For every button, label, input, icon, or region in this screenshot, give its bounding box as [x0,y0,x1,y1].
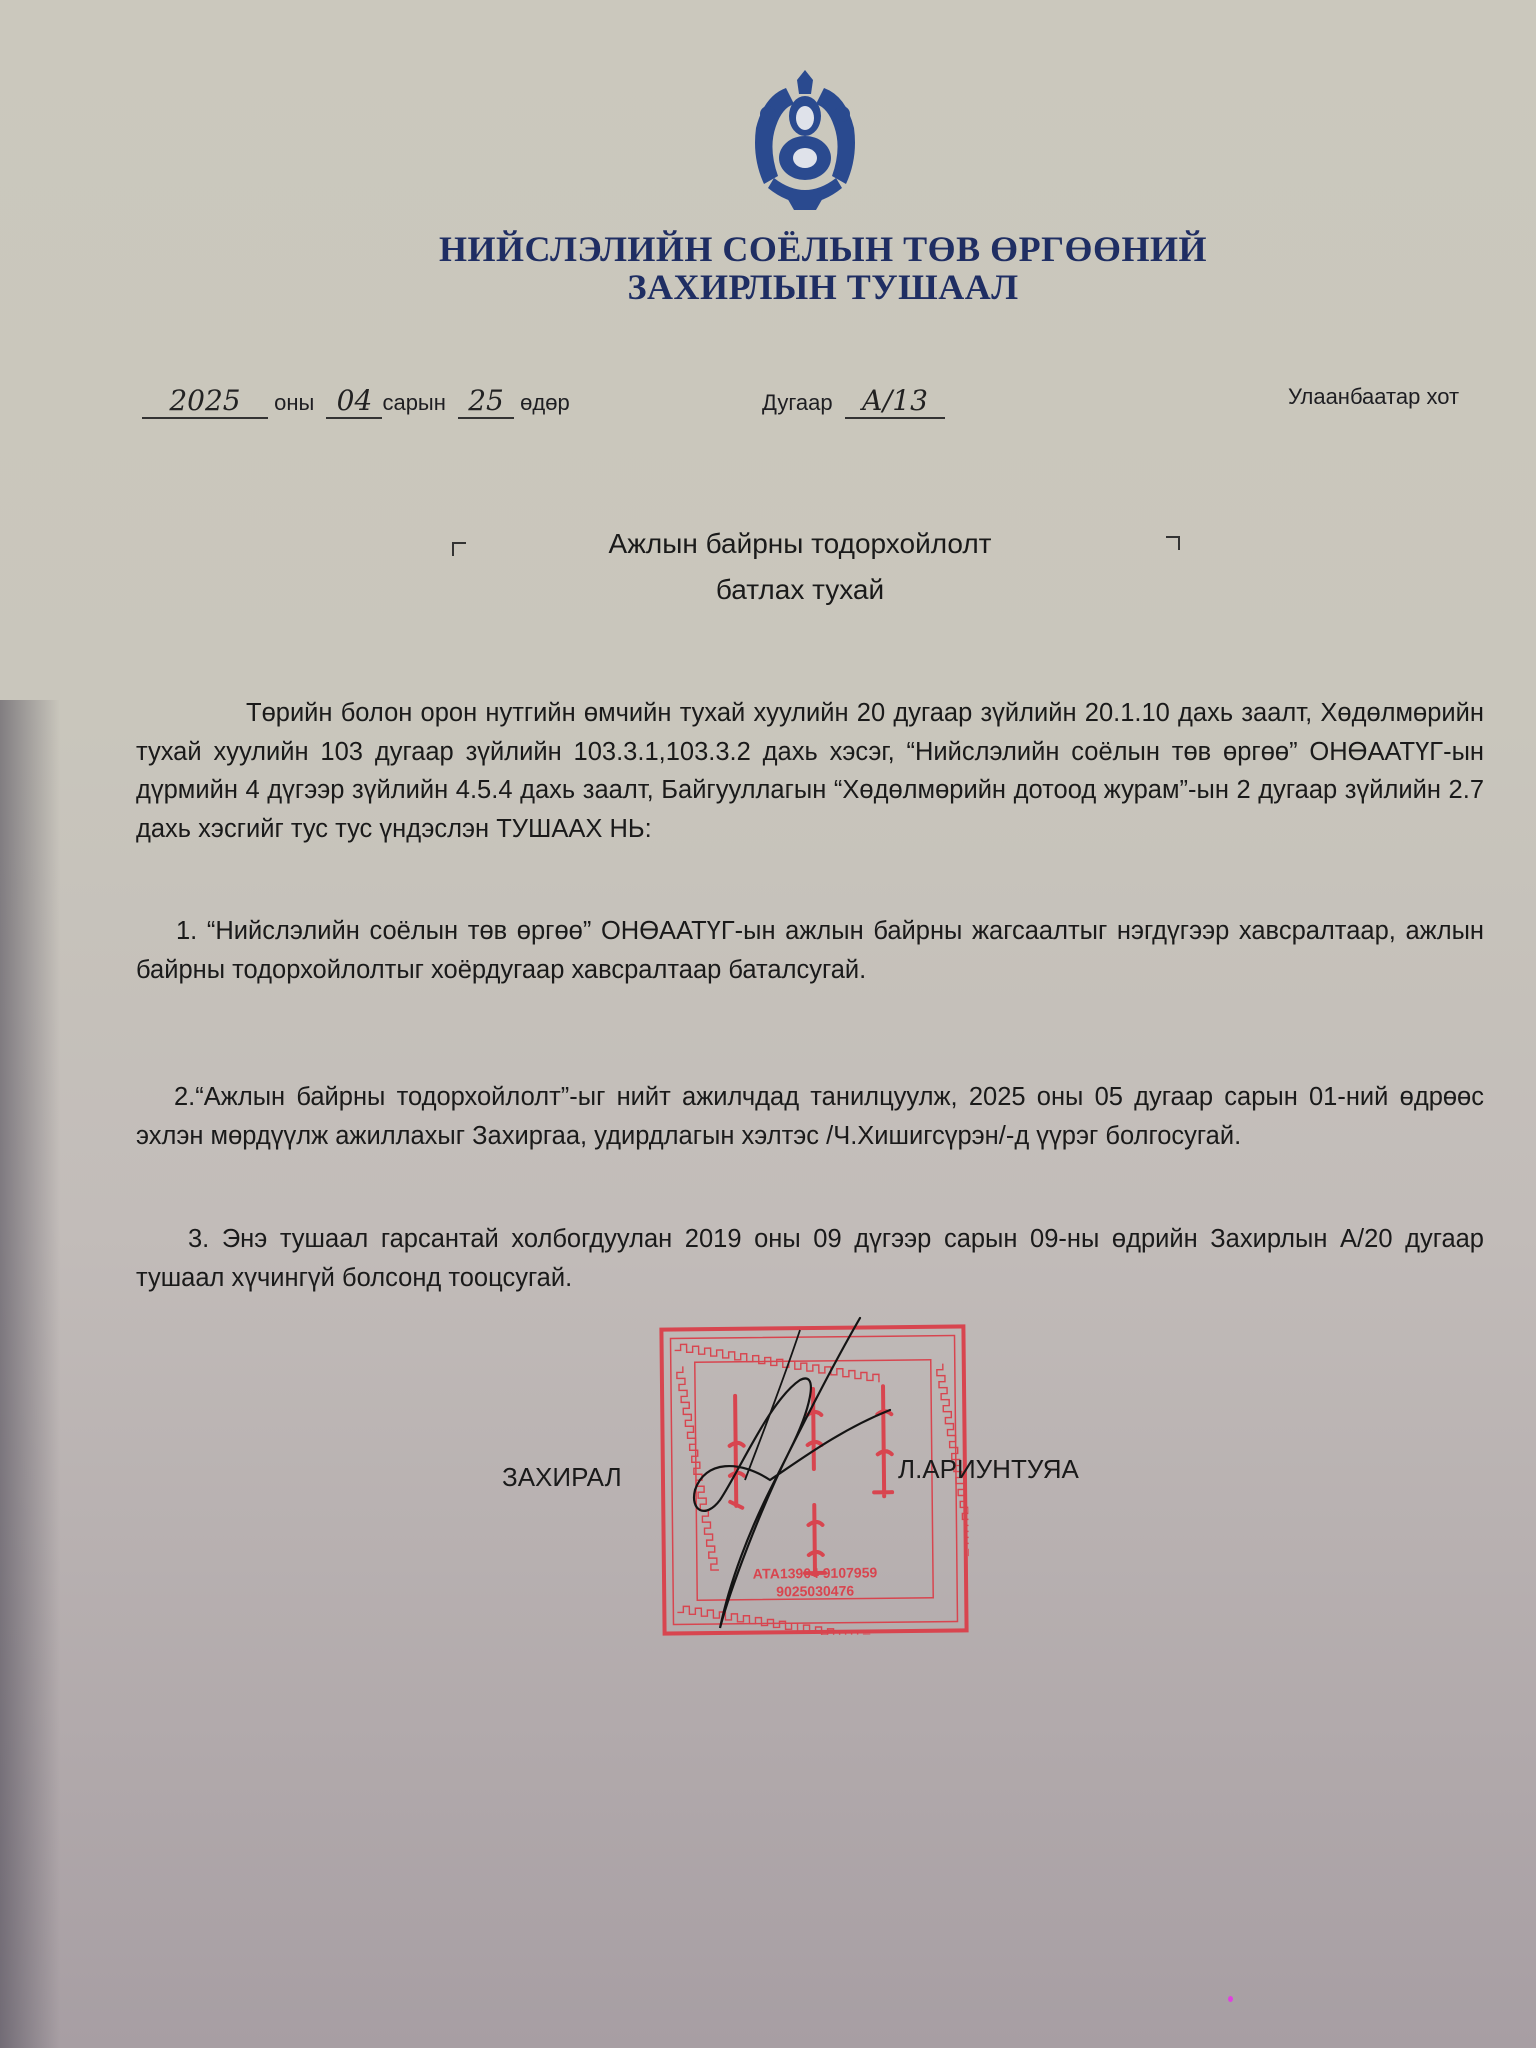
stamp-code-line1: АТА13904 9107959 [661,1563,969,1582]
order-item-1: 1. “Нийслэлийн соёлын төв өргөө” ОНӨААТҮ… [136,912,1484,989]
signatory-position: ЗАХИРАЛ [502,1462,622,1493]
year-suffix: оны [274,390,314,415]
day-handwritten: 25 [458,384,514,419]
order-number-field: Дугаар А/13 [762,384,945,419]
signatory-name: Л.АРИУНТУЯА [898,1454,1079,1485]
subject-line2: батлах тухай [32,574,1536,606]
org-title-line2: ЗАХИРЛЫН ТУШААЛ [55,266,1536,308]
month-suffix: сарын [382,390,445,415]
paper-speck [1228,1996,1233,2002]
month-handwritten: 04 [326,384,382,419]
subject-line1: Ажлын байрны тодорхойлолт [32,528,1536,560]
stamp-code-line2: 9025030476 [661,1581,969,1600]
year-handwritten: 2025 [142,384,268,419]
day-suffix: өдөр [520,390,570,415]
order-item-3: 3. Энэ тушаал гарсантай холбогдуулан 201… [136,1220,1484,1297]
org-title-line1: НИЙСЛЭЛИЙН СОЁЛЫН ТӨВ ӨРГӨӨНИЙ [55,228,1536,270]
place: Улаанбаатар хот [1288,384,1459,410]
photo-shadow [0,700,60,2048]
number-handwritten: А/13 [845,384,945,419]
preamble-paragraph: Төрийн болон орон нутгийн өмчийн тухай х… [136,694,1484,848]
number-label: Дугаар [762,390,833,415]
garuda-emblem-icon [746,66,864,214]
date-field: 2025 оны 04сарын 25 өдөр [142,384,570,419]
order-item-2: 2.“Ажлын байрны тодорхойлолт”-ыг нийт аж… [136,1078,1484,1155]
